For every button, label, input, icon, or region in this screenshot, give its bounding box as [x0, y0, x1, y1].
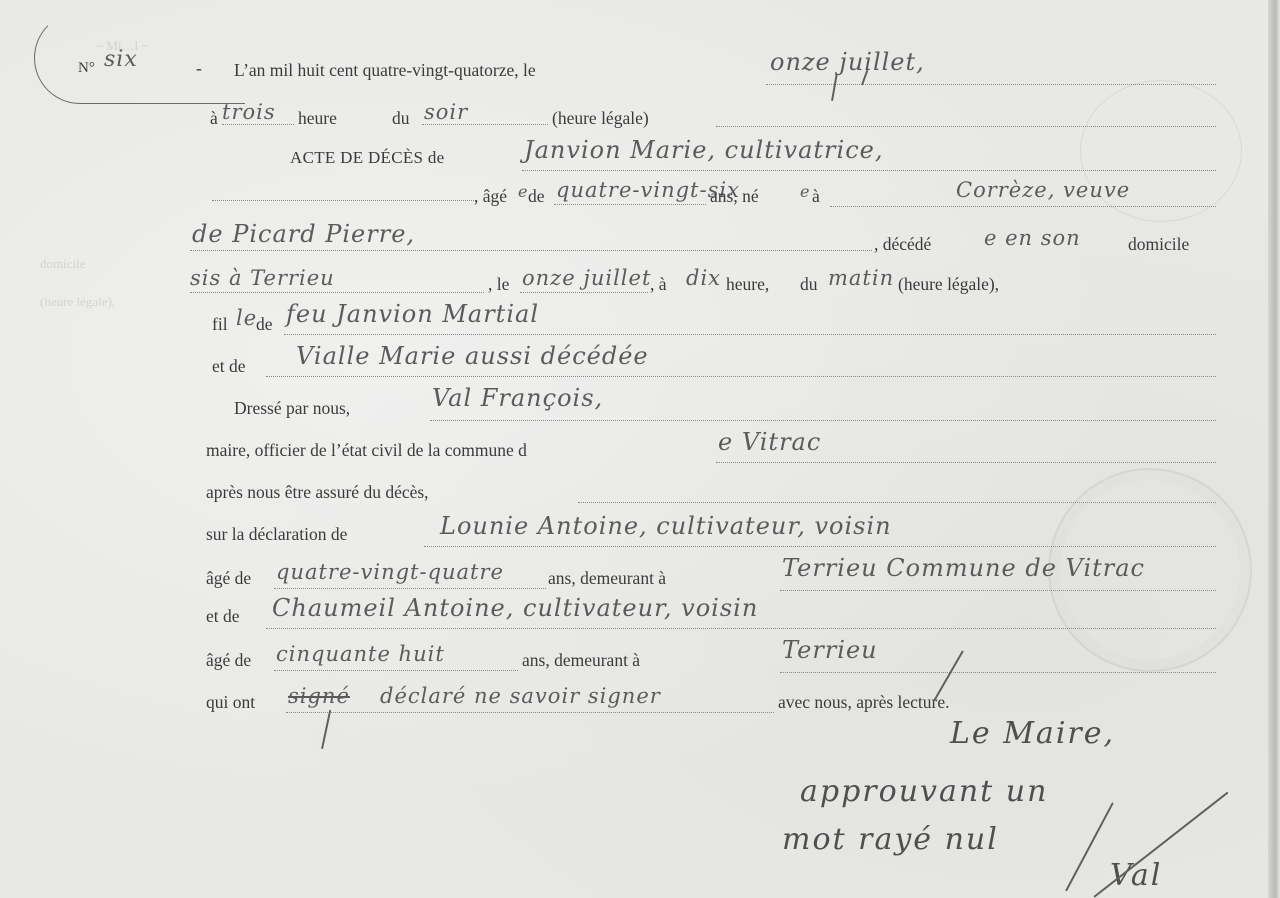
fill-line [286, 712, 774, 713]
fill-line [424, 546, 1216, 547]
fill-line [578, 502, 1216, 503]
age-suffix: e [518, 180, 528, 204]
struck-word-note: mot rayé nul [782, 828, 999, 852]
age-label: , âgé [474, 186, 507, 206]
first-age-label: âgé de [206, 568, 251, 588]
fill-line [274, 670, 518, 671]
fill-line [780, 672, 1216, 673]
pen-stroke [321, 710, 331, 750]
first-declarant-residence: Terrieu Commune de Vitrac [782, 556, 1145, 580]
number-dash: - [196, 58, 202, 78]
mother-name: Vialle Marie aussi décédée [296, 344, 649, 368]
death-hour: dix [686, 266, 721, 290]
signature-flourish [1065, 802, 1114, 891]
fill-line [222, 124, 294, 125]
death-du-label: du [800, 274, 818, 294]
second-declarant-age: cinquante huit [276, 642, 445, 666]
bleed-through-text: domicile [40, 256, 86, 272]
declaration-label: sur la déclaration de [206, 524, 347, 544]
bleed-through-text: (heure légale), [40, 294, 115, 310]
binding-gutter [1268, 0, 1280, 898]
death-heure-label: heure, [726, 274, 769, 294]
second-age-label: âgé de [206, 650, 251, 670]
deceased-name-occupation: Janvion Marie, cultivatrice, [524, 138, 883, 162]
domicile-label: domicile [1128, 234, 1189, 254]
fill-line [716, 462, 1216, 463]
child-of-label: fil [212, 314, 228, 334]
and-of-label: et de [212, 356, 246, 376]
second-declarant: Chaumeil Antoine, cultivateur, voisin [272, 596, 758, 620]
fill-line [284, 334, 1216, 335]
death-date: onze juillet [522, 266, 651, 290]
record-title: ACTE DE DÉCÈS de [290, 148, 444, 168]
heure-label: heure [298, 108, 337, 128]
father-de-label: de [256, 314, 273, 334]
drawn-up-by-label: Dressé par nous, [234, 398, 350, 418]
record-hour: trois [222, 100, 276, 124]
death-legal-time: (heure légale), [898, 274, 999, 294]
who-have-label: qui ont [206, 692, 255, 712]
spouse-name: de Picard Pierre, [192, 222, 415, 246]
approval-note: approuvant un [800, 780, 1048, 804]
le-label: , le [488, 274, 509, 294]
second-declarant-residence: Terrieu [782, 638, 878, 662]
first-declarant: Lounie Antoine, cultivateur, voisin [440, 514, 892, 538]
born-label: ans, né [710, 186, 759, 206]
time-prefix: à [210, 108, 218, 128]
mayor-officer-clause: maire, officier de l’état civil de la co… [206, 440, 527, 460]
commune-name: e Vitrac [718, 430, 821, 454]
fill-line [780, 590, 1216, 591]
fill-line [266, 376, 1216, 377]
first-residence-label: ans, demeurant à [548, 568, 666, 588]
fill-line [430, 420, 1216, 421]
child-of-suffix: le [236, 306, 257, 330]
record-period: soir [424, 100, 468, 124]
record-number: six [104, 48, 138, 72]
fill-line [212, 200, 474, 201]
mayor-signature-title: Le Maire, [950, 722, 1115, 746]
du-label: du [392, 108, 410, 128]
legal-time-label: (heure légale) [552, 108, 649, 128]
first-declarant-age: quatre-vingt-quatre [276, 560, 504, 584]
struck-word: signé [288, 684, 350, 708]
death-record-date: onze juillet, [770, 50, 925, 74]
year-clause: L’an mil huit cent quatre-vingt-quatorze… [234, 60, 536, 80]
born-suffix: e [800, 180, 810, 204]
a-time-label: , à [650, 274, 667, 294]
fill-line [190, 292, 484, 293]
fill-line [190, 250, 872, 251]
civil-record-page: ~ Mi…l ~ domicile (heure légale), N° six… [0, 0, 1280, 898]
pen-stroke [831, 73, 838, 101]
after-reading-clause: avec nous, après lecture. [778, 692, 950, 712]
fill-line [522, 170, 1216, 171]
fill-line [274, 588, 546, 589]
de-label: de [528, 186, 545, 206]
signing-statement: déclaré ne savoir signer [380, 684, 661, 708]
fill-line [422, 124, 548, 125]
father-name: feu Janvion Martial [286, 302, 539, 326]
death-period: matin [828, 266, 894, 290]
fill-line [716, 126, 1216, 127]
second-residence-label: ans, demeurant à [522, 650, 640, 670]
fill-line [554, 204, 706, 205]
mayor-name: Val François, [432, 386, 603, 410]
fill-line [520, 292, 648, 293]
death-assured-clause: après nous être assuré du décès, [206, 482, 429, 502]
death-place-prefix: e en son [984, 226, 1081, 250]
fill-line [266, 628, 1216, 629]
fill-line [830, 206, 1216, 207]
second-and-of-label: et de [206, 606, 240, 626]
number-label: N° [78, 58, 95, 78]
birthplace-status: Corrèze, veuve [956, 178, 1130, 202]
died-label: , décédé [874, 234, 931, 254]
a-label: à [812, 186, 820, 206]
residence-place: sis à Terrieu [190, 266, 335, 290]
record-number-bracket [34, 12, 245, 104]
